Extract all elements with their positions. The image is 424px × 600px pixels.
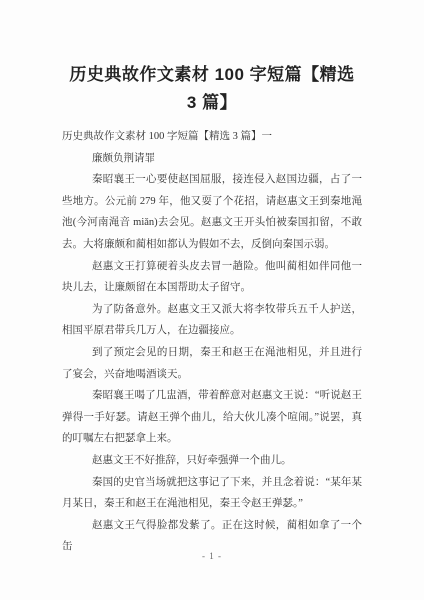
paragraph: 秦昭襄王喝了几盅酒，带着醉意对赵惠文王说：“听说赵王弹得一手好瑟。请赵王弹个曲儿… (62, 385, 362, 450)
paragraph: 秦昭襄王一心要使赵国屈服，接连侵入赵国边疆，占了一些地方。公元前 279 年，他… (62, 169, 362, 255)
paragraph: 秦国的史官当场就把这事记了下来，并且念着说：“某年某月某日，秦王和赵王在渑池相见… (62, 472, 362, 515)
page-number: - 1 - (0, 551, 424, 561)
paragraph: 到了预定会见的日期，秦王和赵王在渑池相见，并且进行了宴会，兴奋地喝酒谈天。 (62, 342, 362, 385)
paragraph: 赵惠文王不好推辞，只好牵强弹一个曲儿。 (62, 450, 362, 472)
paragraph: 为了防备意外。赵惠文王又派大将李牧带兵五千人护送，相国平原君带兵几万人，在边疆接… (62, 299, 362, 342)
document-body: 历史典故作文素材 100 字短篇【精选 3 篇】一廉颇负荆请罪秦昭襄王一心要使赵… (62, 126, 362, 558)
document-page: 历史典故作文素材 100 字短篇【精选 3 篇】 历史典故作文素材 100 字短… (0, 0, 424, 600)
paragraph: 赵惠文王打算硬着头皮去冒一趟险。他叫蔺相如伴同他一块儿去，让廉颇留在本国帮助太子… (62, 256, 362, 299)
paragraph: 历史典故作文素材 100 字短篇【精选 3 篇】一 (62, 126, 362, 148)
document-title: 历史典故作文素材 100 字短篇【精选 3 篇】 (64, 61, 360, 117)
paragraph: 廉颇负荆请罪 (62, 148, 362, 170)
